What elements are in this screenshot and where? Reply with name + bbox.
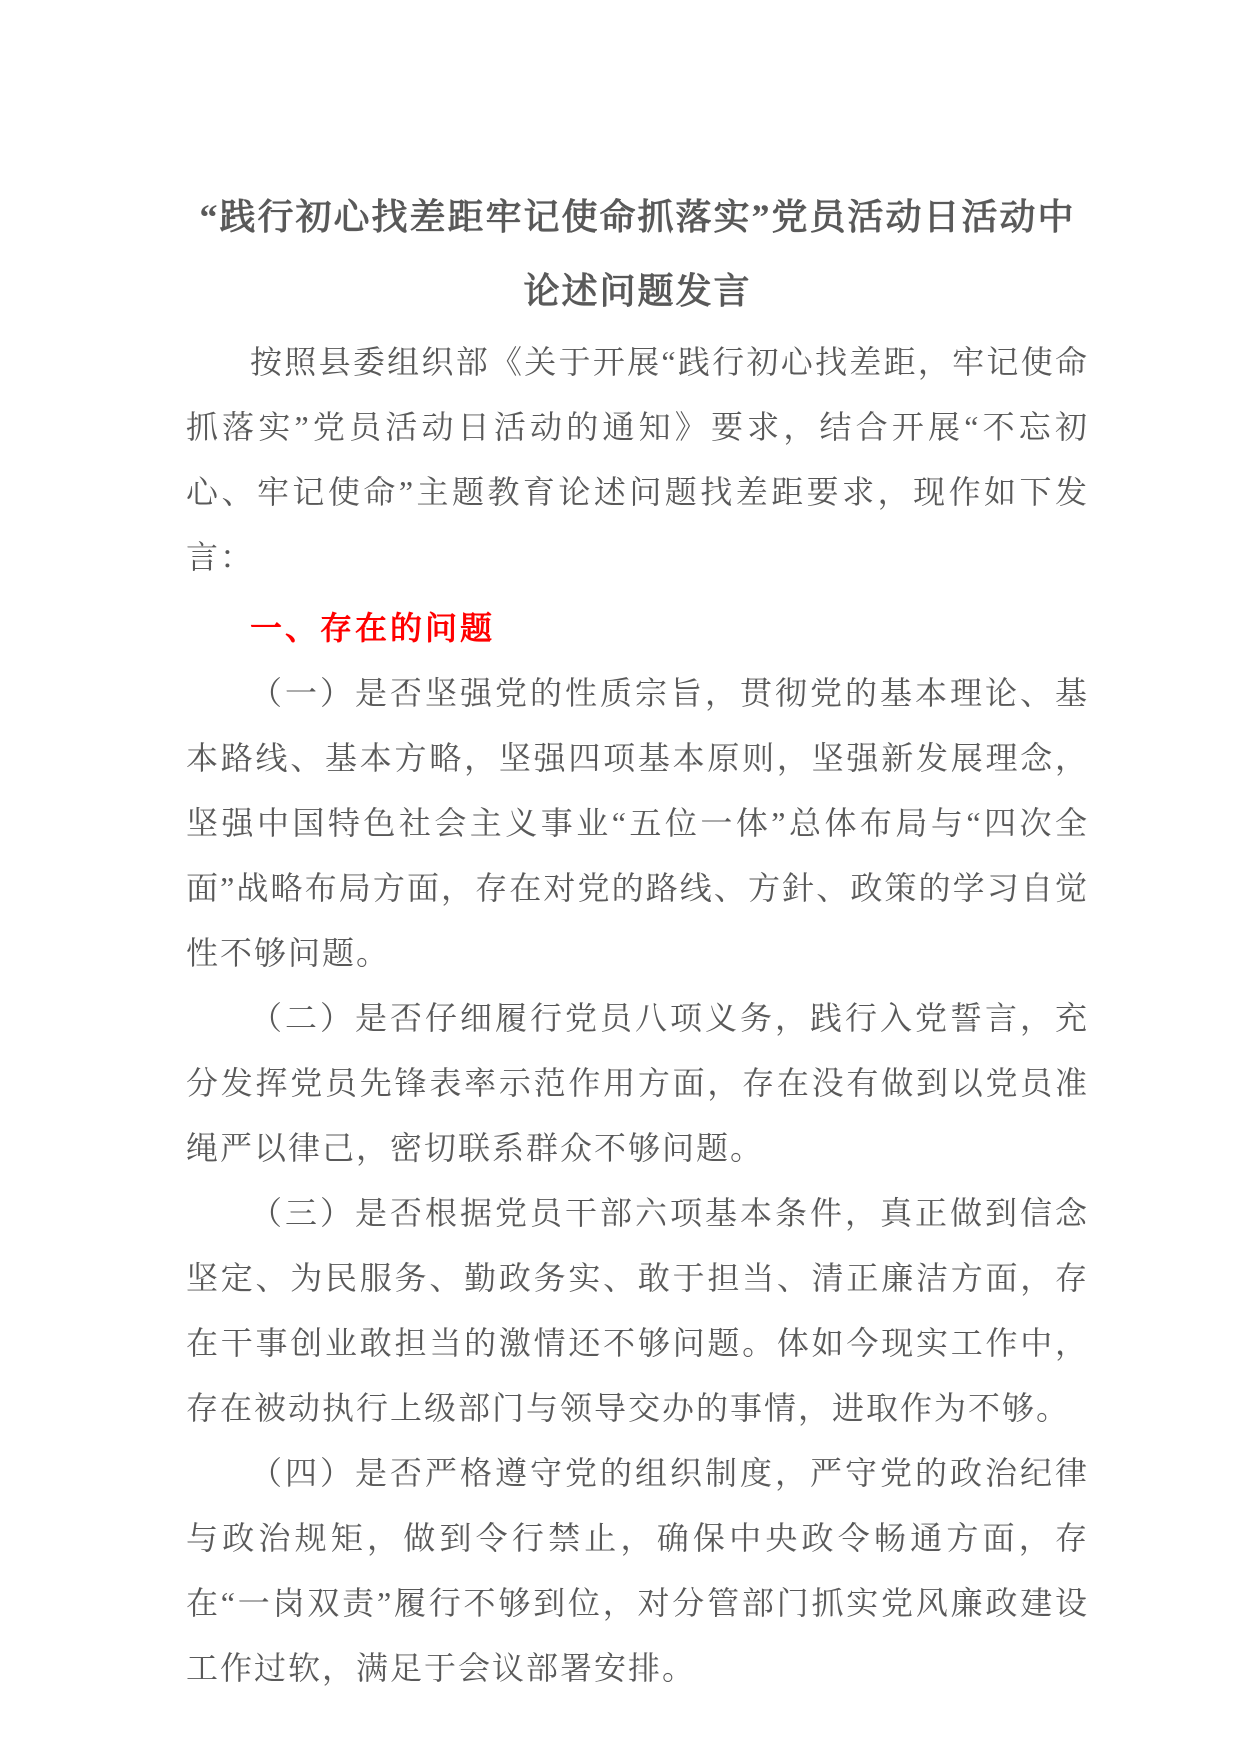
problem-item-1: （一）是否坚强党的性质宗旨，贯彻党的基本理论、基本路线、基本方略，坚强四项基本原…: [186, 661, 1089, 986]
document-title: “践行初心找差距牢记使命抓落实”党员活动日活动中论述问题发言: [186, 180, 1089, 328]
problem-item-4: （四）是否严格遵守党的组织制度，严守党的政治纪律与政治规矩，做到令行禁止，确保中…: [186, 1441, 1089, 1701]
document-content: “践行初心找差距牢记使命抓落实”党员活动日活动中论述问题发言 按照县委组织部《关…: [0, 0, 1241, 1701]
problem-item-3: （三）是否根据党员干部六项基本条件，真正做到信念坚定、为民服务、勤政务实、敢于担…: [186, 1181, 1089, 1441]
problem-item-2: （二）是否仔细履行党员八项义务，践行入党誓言，充分发挥党员先锋表率示范作用方面，…: [186, 986, 1089, 1181]
section-heading-problems: 一、存在的问题: [186, 596, 1089, 661]
document-page: “践行初心找差距牢记使命抓落实”党员活动日活动中论述问题发言 按照县委组织部《关…: [0, 0, 1241, 1755]
intro-paragraph: 按照县委组织部《关于开展“践行初心找差距，牢记使命抓落实”党员活动日活动的通知》…: [186, 330, 1089, 590]
